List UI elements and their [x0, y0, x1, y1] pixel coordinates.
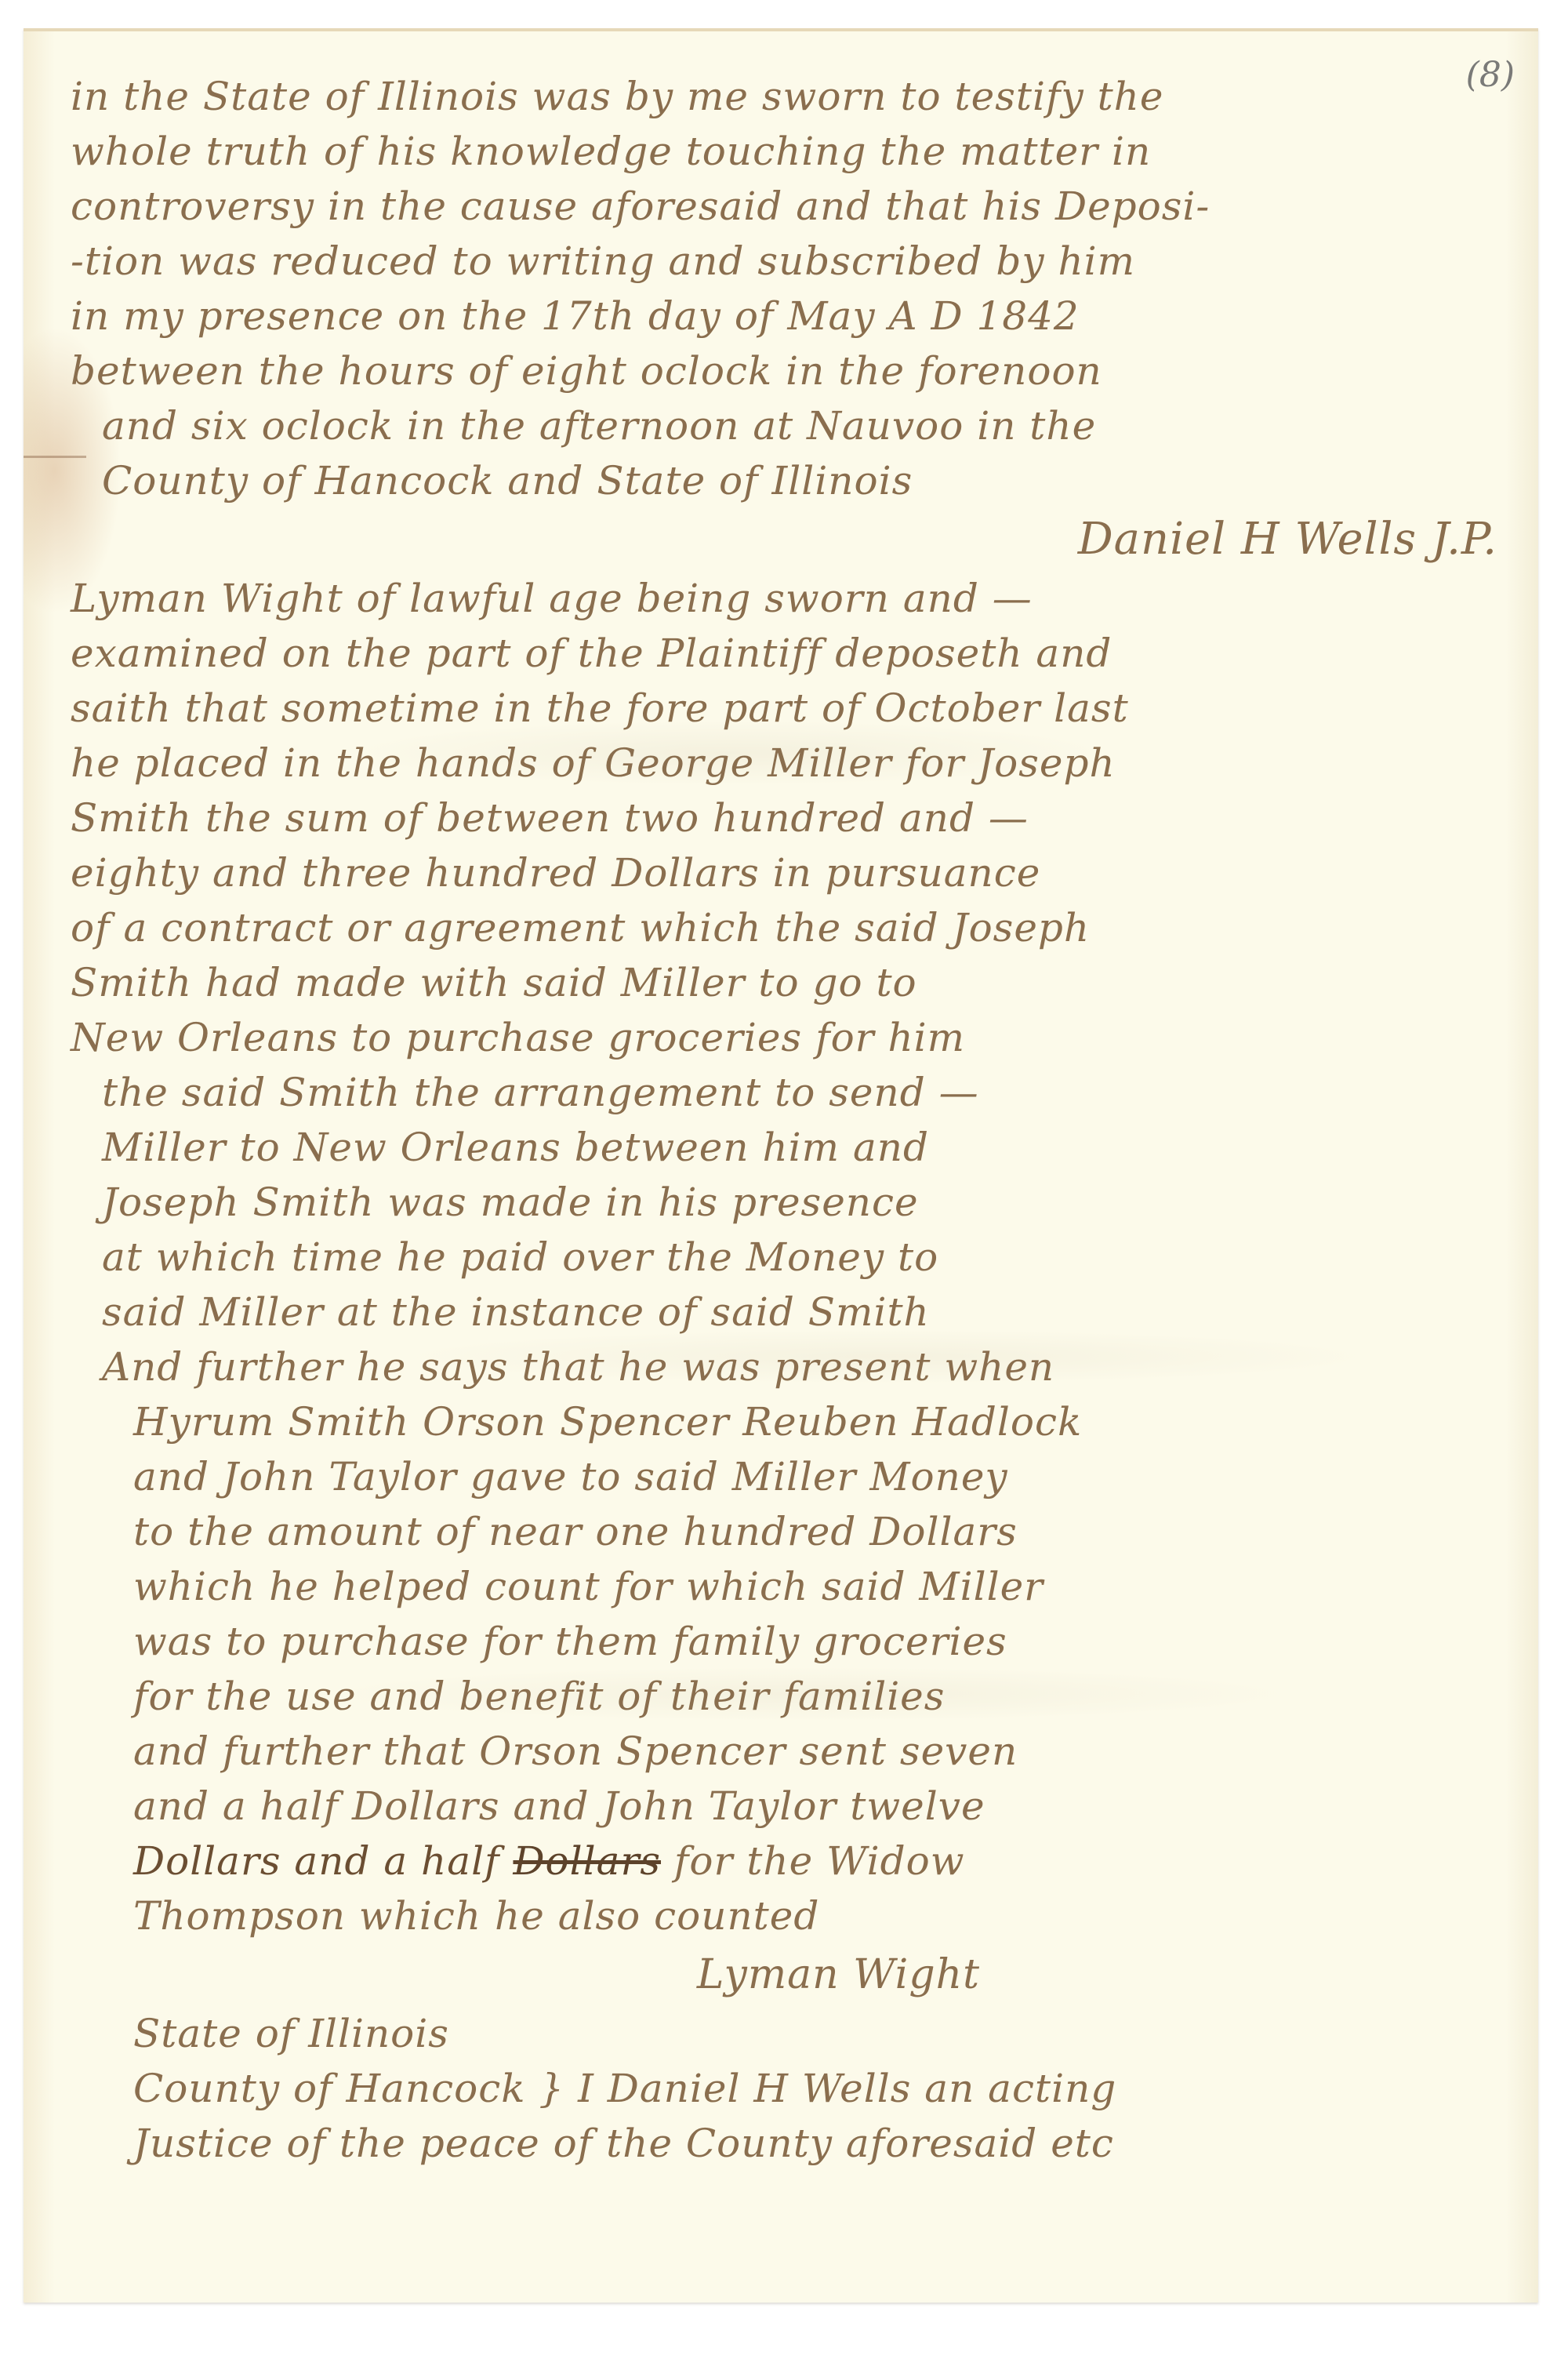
text-line: which he helped count for which said Mil… [71, 1559, 1513, 1614]
text-line: -tion was reduced to writing and subscri… [71, 234, 1513, 289]
struck-word: Dollars [513, 1838, 661, 1884]
text-fragment: Dollars and a half [133, 1838, 513, 1884]
text-line: and a half Dollars and John Taylor twelv… [71, 1779, 1513, 1834]
text-line: Smith had made with said Miller to go to [71, 955, 1513, 1010]
text-line: in the State of Illinois was by me sworn… [71, 69, 1513, 124]
text-line: and further that Orson Spencer sent seve… [71, 1724, 1513, 1779]
text-line: County of Hancock } I Daniel H Wells an … [71, 2061, 1513, 2116]
text-line: examined on the part of the Plaintiff de… [71, 626, 1513, 681]
signature-lyman-wight: Lyman Wight [71, 1943, 1513, 2006]
text-line: whole truth of his knowledge touching th… [71, 124, 1513, 179]
text-line: And further he says that he was present … [71, 1339, 1513, 1394]
text-line: Joseph Smith was made in his presence [71, 1175, 1513, 1230]
text-line: the said Smith the arrangement to send — [71, 1065, 1513, 1120]
document-page: (8) in the State of Illinois was by me s… [24, 28, 1538, 2303]
text-line-with-strikethrough: Dollars and a half Dollars for the Widow [71, 1834, 1513, 1888]
text-line: and John Taylor gave to said Miller Mone… [71, 1449, 1513, 1504]
text-line: in my presence on the 17th day of May A … [71, 289, 1513, 344]
text-line: Hyrum Smith Orson Spencer Reuben Hadlock [71, 1394, 1513, 1449]
text-line: between the hours of eight oclock in the… [71, 344, 1513, 398]
handwritten-text: in the State of Illinois was by me sworn… [71, 69, 1513, 2171]
text-line: at which time he paid over the Money to [71, 1230, 1513, 1285]
text-line: State of Illinois [71, 2006, 1513, 2061]
text-fragment: for the Widow [661, 1838, 965, 1884]
text-line: County of Hancock and State of Illinois [71, 453, 1513, 508]
text-line: eighty and three hundred Dollars in purs… [71, 845, 1513, 900]
text-line: was to purchase for them family grocerie… [71, 1614, 1513, 1669]
text-line: Thompson which he also counted [71, 1888, 1513, 1943]
text-line: said Miller at the instance of said Smit… [71, 1285, 1513, 1339]
text-line: of a contract or agreement which the sai… [71, 900, 1513, 955]
text-line: saith that sometime in the fore part of … [71, 681, 1513, 736]
signature-daniel-wells: Daniel H Wells J.P. [71, 508, 1513, 571]
text-line: to the amount of near one hundred Dollar… [71, 1504, 1513, 1559]
text-line: Miller to New Orleans between him and [71, 1120, 1513, 1175]
text-line: Justice of the peace of the County afore… [71, 2116, 1513, 2171]
text-line: he placed in the hands of George Miller … [71, 736, 1513, 791]
text-line: Smith the sum of between two hundred and… [71, 791, 1513, 845]
text-line: controversy in the cause aforesaid and t… [71, 179, 1513, 234]
text-line: for the use and benefit of their familie… [71, 1669, 1513, 1724]
text-line: Lyman Wight of lawful age being sworn an… [71, 571, 1513, 626]
text-line: New Orleans to purchase groceries for hi… [71, 1010, 1513, 1065]
text-line: and six oclock in the afternoon at Nauvo… [71, 398, 1513, 453]
